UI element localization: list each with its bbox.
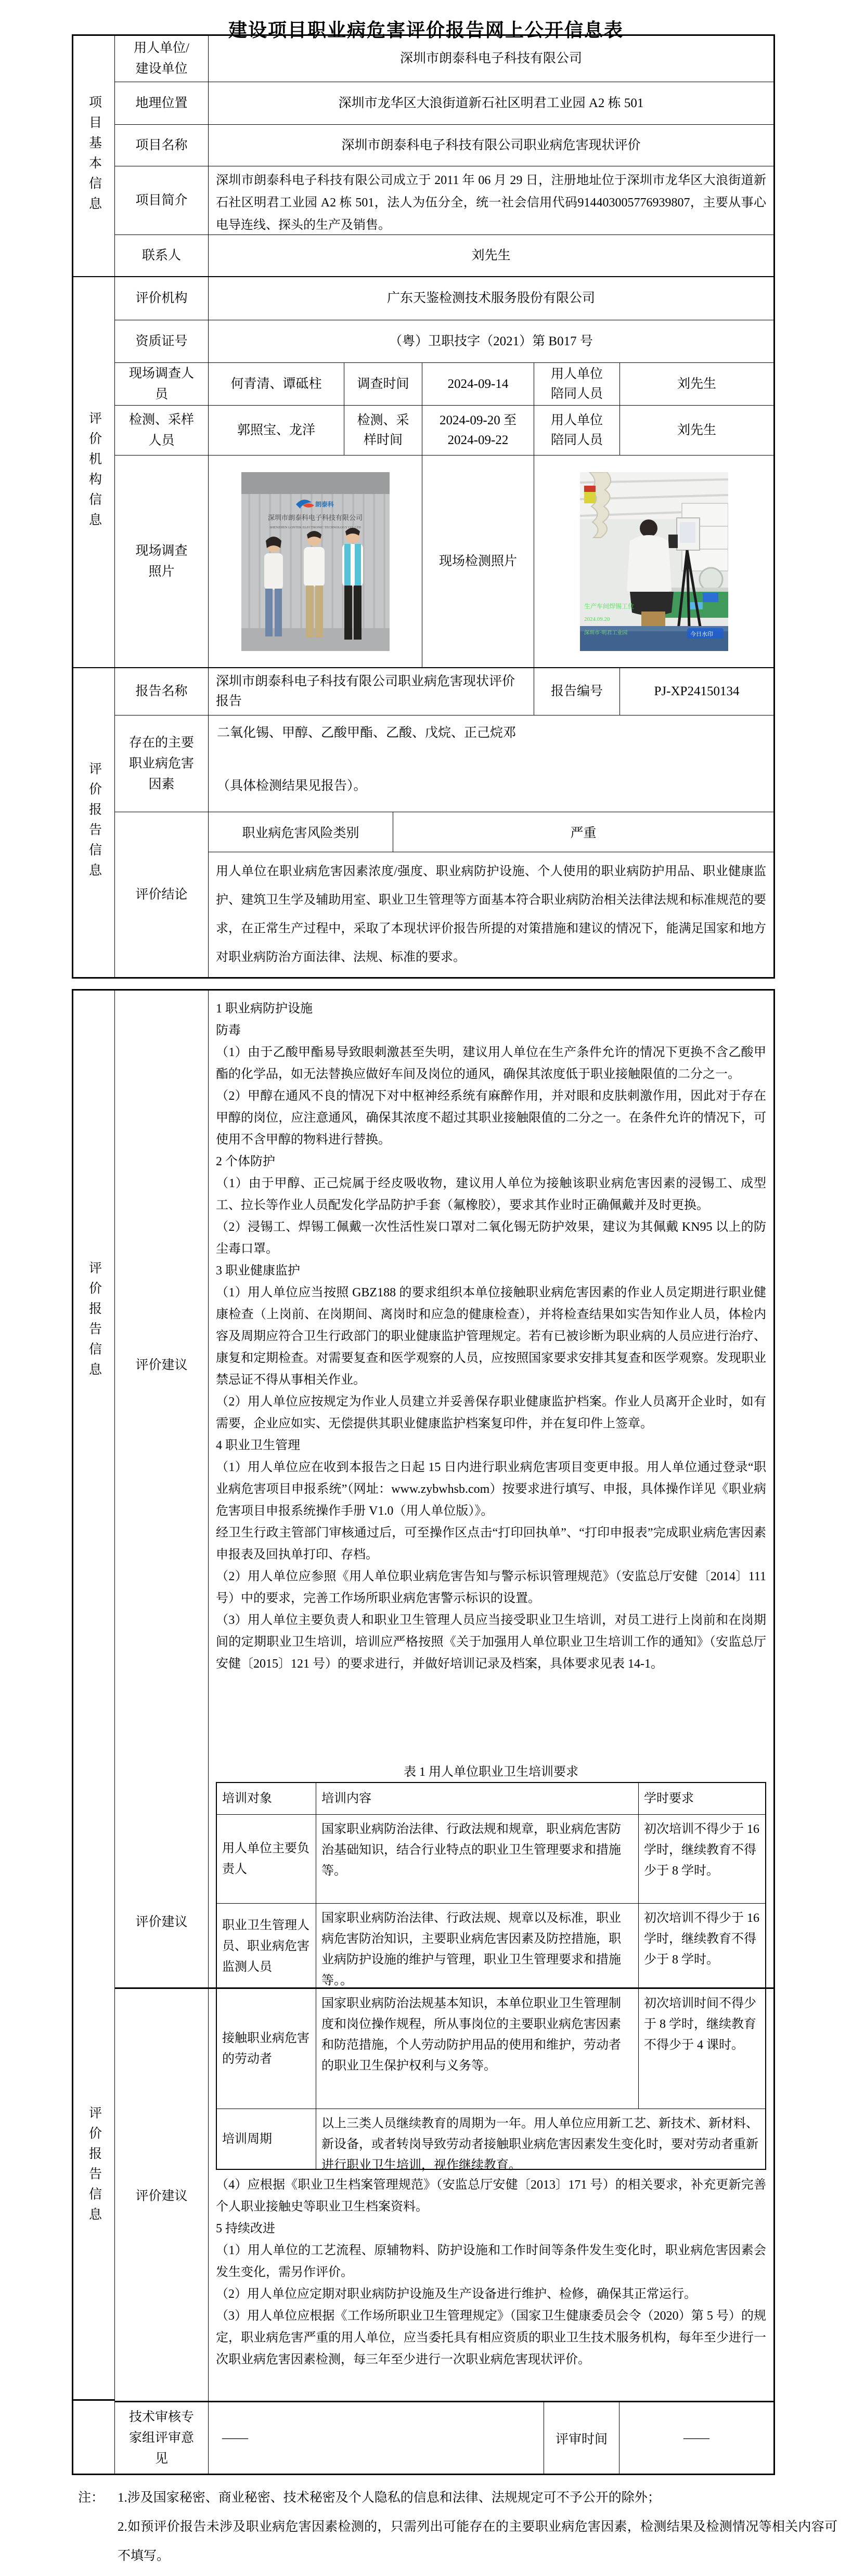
- test-photo-cell: 生产车间焊锡工位 2024.09.20 深圳市·明君工业园 今日水印: [534, 456, 773, 667]
- risk-category-row: 职业病危害风险类别 严重: [209, 812, 773, 852]
- section-label-column: 评价报告信息 评价报告信息: [73, 991, 115, 2474]
- conclusion-text: 用人单位在职业病危害因素浓度/强度、职业病防护设施、个人使用的职业病防护用品、职…: [209, 852, 773, 977]
- table-row-contact: 联系人 刘先生: [115, 235, 773, 276]
- suggestion-paragraph: （1）由于甲醇、正己烷属于经皮吸收物，建议用人单位为接触该职业病危害因素的浸锡工…: [216, 1173, 766, 1216]
- hazard-factors-label: 存在的主要 职业病危害 因素: [115, 715, 209, 812]
- section-label-cell: 项目基本信息: [73, 36, 115, 276]
- note-item: 2.如预评价报告未涉及职业病危害因素检测的，只需列出可能存在的主要职业病危害因素…: [118, 2513, 837, 2571]
- training-content: 以上三类人员继续教育的周期为一年。用人单位应用新工艺、新技术、新材料、新设备，或…: [316, 2109, 765, 2169]
- training-target: 接触职业病危害的劳动者: [217, 1989, 316, 2109]
- section-label-report: 评价报告信息: [73, 762, 115, 883]
- employer-label: 用人单位/ 建设单位: [115, 36, 209, 82]
- project-intro-value: 深圳市朗泰科电子科技有限公司成立于 2011 年 06 月 29 日，注册地址位…: [209, 166, 773, 235]
- table-row-location: 地理位置 深圳市龙华区大浪街道新石社区明君工业园 A2 栋 501: [115, 82, 773, 124]
- section-project-info: 项目基本信息 用人单位/ 建设单位 深圳市朗泰科电子科技有限公司 地理位置 深圳…: [73, 36, 773, 276]
- training-table-row: 接触职业病危害的劳动者 国家职业病防治法规基本知识，本单位职业卫生管理制度和岗位…: [217, 1989, 765, 2109]
- section-agency-info: 评价机构信息 评价机构 广东天鉴检测技术服务股份有限公司 资质证号 （粤）卫职技…: [73, 276, 773, 667]
- survey-time-label: 调查时间: [344, 363, 422, 405]
- training-table-title: 表 1 用人单位职业卫生培训要求: [216, 1758, 766, 1782]
- table-row-conclusion: 评价结论 职业病危害风险类别 严重 用人单位在职业病危害因素浓度/强度、职业病防…: [115, 812, 773, 977]
- survey-people-value: 何青清、谭砥柱: [209, 363, 344, 405]
- table-row-project-intro: 项目简介 深圳市朗泰科电子科技有限公司成立于 2011 年 06 月 29 日，…: [115, 166, 773, 235]
- risk-category-label: 职业病危害风险类别: [209, 812, 393, 852]
- table-row-agency: 评价机构 广东天鉴检测技术服务股份有限公司: [115, 277, 773, 320]
- test-photo-label: 现场检测照片: [422, 456, 534, 667]
- expert-review-label: 技术审核专 家组评审意 见: [115, 2402, 209, 2474]
- section-report-info: 评价报告信息 报告名称 深圳市朗泰科电子科技有限公司职业病危害现状评价报告 报告…: [73, 667, 773, 977]
- section-label-empty-cell: [73, 2401, 114, 2474]
- training-hours: 初次培训不得少于 16 学时，继续教育不得少于 8 学时。: [638, 1904, 765, 1988]
- risk-category-value: 严重: [393, 812, 773, 852]
- table-row-cert: 资质证号 （粤）卫职技字（2021）第 B017 号: [115, 320, 773, 362]
- suggestion-label: 评价建议: [135, 1355, 187, 1373]
- suggestion-paragraph: （2）浸锡工、焊锡工佩戴一次性活性炭口罩对二氧化锡无防护效果，建议为其佩戴 KN…: [216, 1216, 766, 1260]
- section-label-report: 评价报告信息: [73, 1261, 115, 1383]
- employer-value: 深圳市朗泰科电子科技有限公司: [209, 36, 773, 82]
- project-name-value: 深圳市朗泰科电子科技有限公司职业病危害现状评价: [209, 125, 773, 166]
- agency-label: 评价机构: [115, 277, 209, 320]
- inspection-photo: 生产车间焊锡工位 2024.09.20 深圳市·明君工业园 今日水印: [580, 472, 728, 651]
- table-row-project-name: 项目名称 深圳市朗泰科电子科技有限公司职业病危害现状评价: [115, 124, 773, 166]
- survey-time-value: 2024-09-14: [422, 363, 534, 405]
- table-row-photos: 现场调查 照片: [115, 455, 773, 667]
- suggestions-content-2: 接触职业病危害的劳动者 国家职业病防治法规基本知识，本单位职业卫生管理制度和岗位…: [209, 1989, 773, 2401]
- suggestion-paragraph: 2 个体防护: [216, 1151, 766, 1173]
- col-header-content: 培训内容: [316, 1783, 638, 1814]
- suggestion-paragraph: 4 职业卫生管理: [216, 1435, 766, 1456]
- suggestion-paragraph: （3）用人单位应根据《工作场所职业卫生管理规定》（国家卫生健康委员会令（2020…: [216, 2305, 766, 2371]
- location-label: 地理位置: [115, 82, 209, 124]
- sampling-escort-value: 刘先生: [619, 406, 773, 455]
- photo2-watermark: 今日水印: [690, 630, 713, 638]
- training-hours: 初次培训不得少于 16 学时，继续教育不得少于 8 学时。: [638, 1815, 765, 1903]
- suggestion-paragraph: 3 职业健康监护: [216, 1260, 766, 1282]
- suggestion-paragraph: （1）用人单位的工艺流程、原辅物料、防护设施和工作时间等条件发生变化时，职业病危…: [216, 2240, 766, 2283]
- survey-photo: 朗泰科 深圳市朗泰科电子科技有限公司 SHENZHEN LONTEK ELECT…: [241, 472, 390, 651]
- photo2-caption-line1: 生产车间焊锡工位: [584, 602, 634, 610]
- project-intro-label: 项目简介: [115, 166, 209, 235]
- suggestion-paragraph: 1 职业病防护设施: [216, 998, 766, 1020]
- hazard-factors-note: （具体检测结果见报告）。: [217, 776, 765, 797]
- survey-photo-label: 现场调查 照片: [115, 456, 209, 667]
- document-page: { "title": "建设项目职业病危害评价报告网上公开信息表", "proj…: [0, 0, 852, 2576]
- contact-value: 刘先生: [209, 235, 773, 276]
- hazard-factors-cell: 二氧化锡、甲醇、乙酸甲酯、乙酸、戊烷、正己烷邓 （具体检测结果见报告）。: [209, 715, 773, 812]
- note-item: 1.涉及国家秘密、商业秘密、技术秘密及个人隐私的信息和法律、法规规定可不予公开的…: [118, 2483, 837, 2513]
- suggestion-paragraph: （4）应根据《职业卫生档案管理规范》（安监总厅安健〔2013〕171 号）的相关…: [216, 2174, 766, 2218]
- table-row-employer: 用人单位/ 建设单位 深圳市朗泰科电子科技有限公司: [115, 36, 773, 82]
- suggestion-paragraph: （2）用人单位应按规定为作业人员建立并妥善保存职业健康监护档案。作业人员离开企业…: [216, 1391, 766, 1435]
- expert-review-opinion: ——: [209, 2402, 544, 2474]
- table-row-suggestions-1: 评价建议 评价建议 1 职业病防护设施 防毒 （1）由于乙酸甲酯易导致眼刺激甚至…: [115, 991, 773, 1989]
- report-no-label: 报告编号: [534, 668, 619, 715]
- table-row-sampling: 检测、采样 人员 郭照宝、龙洋 检测、采 样时间 2024-09-20 至 20…: [115, 405, 773, 455]
- suggestion-paragraph: （2）用人单位应参照《用人单位职业病危害告知与警示标识管理规范》（安监总厅安健〔…: [216, 1566, 766, 1609]
- training-content: 国家职业病防治法律、行政法规、规章以及标准，职业病危害防治知识，主要职业病危害因…: [316, 1904, 638, 1988]
- suggestion-paragraph: （1）用人单位应当按照 GBZ188 的要求组织本单位接触职业病危害因素的作业人…: [216, 1282, 766, 1391]
- section-label-report: 评价报告信息: [73, 2106, 115, 2228]
- report-name-label: 报告名称: [115, 668, 209, 715]
- section-label-agency: 评价机构信息: [73, 411, 115, 533]
- sampling-time-label: 检测、采 样时间: [344, 406, 422, 455]
- photo1-sign-en: SHENZHEN LONTEK ELECTRONIC TECHNOLOGY CO…: [269, 526, 361, 529]
- suggestion-label-cell: 评价建议 评价建议: [115, 991, 209, 1987]
- suggestion-paragraph: （3）用人单位主要负责人和职业卫生管理人员应当接受职业卫生培训，对员工进行上岗前…: [216, 1609, 766, 1675]
- contact-label: 联系人: [115, 235, 209, 276]
- survey-escort-value: 刘先生: [619, 363, 773, 405]
- survey-photo-cell: 朗泰科 深圳市朗泰科电子科技有限公司 SHENZHEN LONTEK ELECT…: [209, 456, 422, 667]
- agency-value: 广东天鉴检测技术服务股份有限公司: [209, 277, 773, 320]
- table-row-report-name: 报告名称 深圳市朗泰科电子科技有限公司职业病危害现状评价报告 报告编号 PJ-X…: [115, 668, 773, 715]
- suggestion-paragraph: 防毒: [216, 1020, 766, 1042]
- training-content: 国家职业病防治法律、行政法规和规章，职业病危害防治基础知识，结合行业特点的职业卫…: [316, 1815, 638, 1903]
- table-row-expert-review: 技术审核专 家组评审意 见 —— 评审时间 ——: [115, 2401, 773, 2474]
- training-table-header: 培训对象 培训内容 学时要求: [217, 1783, 765, 1814]
- training-content: 国家职业病防治法规基本知识，本单位职业卫生管理制度和岗位操作规程，所从事岗位的主…: [316, 1989, 638, 2109]
- survey-people-label: 现场调查人 员: [115, 363, 209, 405]
- table-row-hazard-factors: 存在的主要 职业病危害 因素 二氧化锡、甲醇、乙酸甲酯、乙酸、戊烷、正己烷邓 （…: [115, 715, 773, 812]
- section-label-cell: 评价报告信息: [73, 668, 115, 977]
- suggestion-paragraph: 经卫生行政主管部门审核通过后，可至操作区点击“打印回执单”、“打印申报表”完成职…: [216, 1522, 766, 1566]
- page-title: 建设项目职业病危害评价报告网上公开信息表: [0, 0, 852, 34]
- table-row-suggestions-2: 评价建议 接触职业病危害的劳动者 国家职业病防治法规基本知识，本单位职业卫生管理…: [115, 1989, 773, 2401]
- col-header-hours: 学时要求: [638, 1783, 765, 1814]
- notes-prefix: 注：: [78, 2483, 118, 2571]
- sampling-escort-label: 用人单位 陪同人员: [534, 406, 619, 455]
- sampling-people-label: 检测、采样 人员: [115, 406, 209, 455]
- cert-label: 资质证号: [115, 320, 209, 362]
- photo1-sign-cn: 深圳市朗泰科电子科技有限公司: [267, 514, 362, 522]
- sampling-time-value: 2024-09-20 至 2024-09-22: [422, 406, 534, 455]
- section-label-cell: 评价机构信息: [73, 277, 115, 667]
- suggestion-label: 评价建议: [135, 2185, 187, 2204]
- conclusion-label: 评价结论: [115, 812, 209, 977]
- training-target: 职业卫生管理人员、职业病危害监测人员: [217, 1904, 316, 1988]
- col-header-target: 培训对象: [217, 1783, 316, 1814]
- suggestion-paragraph: （2）甲醇在通风不良的情况下对中枢神经系统有麻醉作用，并对眼和皮肤刺激作用，因此…: [216, 1085, 766, 1151]
- section-label-project: 项目基本信息: [73, 95, 115, 217]
- suggestion-paragraph: （1）用人单位应在收到本报告之日起 15 日内进行职业病危害项目变更申报。用人单…: [216, 1456, 766, 1522]
- section-label-cell: 评价报告信息 评价报告信息: [73, 991, 114, 2401]
- location-value: 深圳市龙华区大浪街道新石社区明君工业园 A2 栋 501: [209, 82, 773, 124]
- suggestion-label-cell: 评价建议: [115, 1989, 209, 2401]
- report-name-value: 深圳市朗泰科电子科技有限公司职业病危害现状评价报告: [209, 668, 534, 715]
- table-row-survey: 现场调查人 员 何青清、谭砥柱 调查时间 2024-09-14 用人单位 陪同人…: [115, 362, 773, 405]
- footer-notes: 注： 1.涉及国家秘密、商业秘密、技术秘密及个人隐私的信息和法律、法规规定可不予…: [78, 2483, 837, 2571]
- sampling-people-value: 郭照宝、龙洋: [209, 406, 344, 455]
- training-table-row: 培训周期 以上三类人员继续教育的周期为一年。用人单位应用新工艺、新技术、新材料、…: [217, 2109, 765, 2169]
- training-table-row: 职业卫生管理人员、职业病危害监测人员 国家职业病防治法律、行政法规、规章以及标准…: [217, 1903, 765, 1988]
- suggestion-paragraph: 5 持续改进: [216, 2218, 766, 2240]
- survey-escort-label: 用人单位 陪同人员: [534, 363, 619, 405]
- photo2-caption-line2: 2024.09.20: [584, 616, 610, 622]
- training-table-part2: 接触职业病危害的劳动者 国家职业病防治法规基本知识，本单位职业卫生管理制度和岗位…: [216, 1989, 766, 2170]
- suggestion-paragraph: （2）用人单位应定期对职业病防护设施及生产设备进行维护、检修，确保其正常运行。: [216, 2283, 766, 2305]
- training-hours: 初次培训时间不得少于 8 学时，继续教育不得少于 4 课时。: [638, 1989, 765, 2109]
- hazard-factors-value: 二氧化锡、甲醇、乙酸甲酯、乙酸、戊烷、正己烷邓: [217, 723, 765, 744]
- suggestions-content-1: 1 职业病防护设施 防毒 （1）由于乙酸甲酯易导致眼刺激甚至失明，建议用人单位在…: [209, 991, 773, 1987]
- training-target: 培训周期: [217, 2109, 316, 2169]
- review-time-label: 评审时间: [544, 2402, 619, 2474]
- suggestion-paragraph: （1）由于乙酸甲酯易导致眼刺激甚至失明，建议用人单位在生产条件允许的情况下更换不…: [216, 1042, 766, 1085]
- main-table-page2: 评价报告信息 评价报告信息 评价建议 评价建议 1 职业病防护设施 防毒 （1）…: [72, 989, 775, 2475]
- project-name-label: 项目名称: [115, 125, 209, 166]
- photo1-logo-text: 朗泰科: [315, 500, 334, 508]
- cert-value: （粤）卫职技字（2021）第 B017 号: [209, 320, 773, 362]
- training-table-part1: 培训对象 培训内容 学时要求 用人单位主要负责人 国家职业病防治法律、行政法规和…: [216, 1782, 766, 1988]
- training-table-row: 用人单位主要负责人 国家职业病防治法律、行政法规和规章，职业病危害防治基础知识，…: [217, 1814, 765, 1903]
- report-no-value: PJ-XP24150134: [619, 668, 773, 715]
- review-time-value: ——: [619, 2402, 773, 2474]
- main-table-page1: 项目基本信息 用人单位/ 建设单位 深圳市朗泰科电子科技有限公司 地理位置 深圳…: [72, 34, 775, 979]
- suggestion-label: 评价建议: [135, 1911, 187, 1930]
- training-target: 用人单位主要负责人: [217, 1815, 316, 1903]
- photo2-caption-line3: 深圳市·明君工业园: [584, 629, 627, 636]
